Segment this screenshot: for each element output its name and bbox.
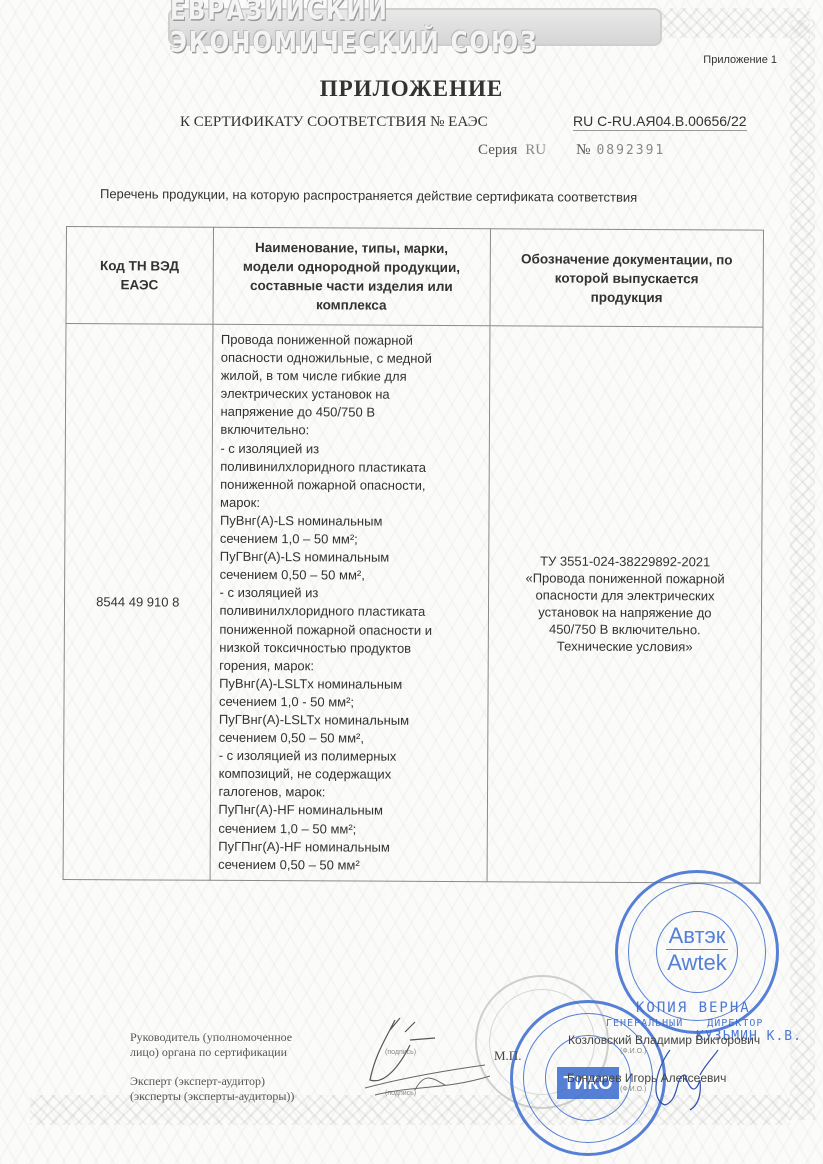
table-row: 8544 49 910 8 Провода пониженной пожарно…	[63, 324, 763, 883]
description-line: ПуГВнг(А)-LS номинальным	[220, 548, 482, 567]
header-line: ЕАЭС	[73, 275, 207, 295]
description-line: опасности одножильные, с медной	[221, 349, 483, 368]
description-line: сечением 0,50 – 50 мм²	[218, 856, 480, 875]
expert-signature-label: Эксперт (эксперт-аудитор)(эксперты (эксп…	[130, 1074, 294, 1104]
series-label: Серия	[478, 142, 517, 158]
head-signature-label: Руководитель (уполномоченноелицо) органа…	[130, 1030, 292, 1060]
description-line: жилой, в том числе гибкие для	[221, 367, 483, 386]
cell-hs-code: 8544 49 910 8	[63, 324, 212, 881]
description-line: электрических установок на	[221, 385, 483, 404]
header-line: комплекса	[219, 295, 484, 315]
expert-signature	[640, 1045, 720, 1115]
description-line: пониженной пожарной опасности,	[220, 476, 482, 495]
series-value: RU	[525, 142, 546, 158]
head-signature	[355, 1010, 495, 1105]
banner-text: ЕВРАЗИЙСКИЙ ЭКОНОМИЧЕСКИЙ СОЮЗ	[170, 0, 660, 60]
description-line: композиций, не содержащих	[219, 765, 481, 784]
description-line: сечением 1,0 - 50 мм²;	[219, 693, 481, 712]
header-product-name: Наименование, типы, марки,модели однород…	[212, 227, 490, 325]
description-line: сечением 1,0 – 50 мм²;	[220, 530, 482, 549]
description-line: ПуВнг(А)-LS номинальным	[220, 512, 482, 531]
seal-label: М.П.	[494, 1048, 521, 1064]
header-line: которой выпускается	[497, 268, 757, 288]
description-line: - с изоляцией из	[220, 439, 482, 458]
header-line: Наименование, типы, марки,	[219, 238, 484, 258]
description-line: ПуГПнг(А)-HF номинальным	[218, 837, 480, 856]
description-line: сечением 0,50 – 50 мм²,	[220, 566, 482, 585]
description-line: низкой токсичностью продуктов	[219, 638, 481, 657]
description-line: сечением 1,0 – 50 мм²;	[218, 819, 480, 838]
header-hs-code: Код ТН ВЭДЕАЭС	[66, 227, 213, 325]
header-line: Обозначение документации, по	[497, 249, 757, 269]
label-line: (эксперты (эксперты-аудиторы))	[130, 1089, 294, 1104]
description-line: галогенов, марок:	[218, 783, 480, 802]
guilloche-border-top	[660, 8, 810, 38]
page-title: ПРИЛОЖЕНИЕ	[0, 76, 823, 102]
awtek-logo: Автэк Awtek	[618, 923, 776, 976]
description-line: ПуПнг(А)-HF номинальным	[218, 801, 480, 820]
description-line: включительно:	[220, 421, 482, 440]
document-line: 450/750 В включительно.	[497, 621, 753, 639]
certificate-label: К СЕРТИФИКАТУ СООТВЕТСТВИЯ № ЕАЭС	[180, 114, 488, 131]
series-line: СерияRU№0892391	[478, 142, 665, 159]
header-line: Код ТН ВЭД	[73, 256, 207, 276]
description-line: - с изоляцией из	[220, 584, 482, 603]
number-label: №	[576, 142, 590, 158]
header-line: продукция	[496, 287, 756, 307]
table-header-row: Код ТН ВЭДЕАЭС Наименование, типы, марки…	[66, 227, 763, 328]
label-line: Руководитель (уполномоченное	[130, 1030, 292, 1045]
document-line: установок на напряжение до	[497, 604, 753, 622]
description-line: ПуГВнг(А)-LSLTx номинальным	[219, 711, 481, 730]
description-line: ПуВнг(А)-LSLTx номинальным	[219, 675, 481, 694]
certificate-number: RU C-RU.АЯ04.В.00656/22	[573, 113, 747, 131]
description-line: Провода пониженной пожарной	[221, 331, 483, 350]
header-documentation: Обозначение документации, покоторой выпу…	[490, 229, 764, 327]
description-line: марок:	[220, 494, 482, 513]
description-line: - с изоляцией из полимерных	[219, 747, 481, 766]
guilloche-border-right	[790, 20, 815, 1120]
cell-documentation: ТУ 3551-024-38229892-2021«Провода пониже…	[487, 326, 763, 883]
description-line: сечением 0,50 – 50 мм²,	[219, 729, 481, 748]
label-line: лицо) органа по сертификации	[130, 1045, 292, 1060]
number-value: 0892391	[596, 143, 665, 158]
header-line: составные части изделия или	[219, 276, 484, 296]
document-line: «Провода пониженной пожарной	[497, 570, 753, 588]
description-line: поливинилхлоридного пластиката	[219, 602, 481, 621]
document-line: Технические условия»	[497, 638, 753, 656]
appendix-number: Приложение 1	[703, 54, 777, 66]
header-line: модели однородной продукции,	[219, 257, 484, 277]
document-line: опасности для электрических	[497, 587, 753, 605]
description-line: пониженной пожарной опасности и	[219, 620, 481, 639]
description-line: поливинилхлоридного пластиката	[220, 457, 482, 476]
products-table: Код ТН ВЭДЕАЭС Наименование, типы, марки…	[63, 226, 764, 883]
eaeu-banner: ЕВРАЗИЙСКИЙ ЭКОНОМИЧЕСКИЙ СОЮЗ	[168, 8, 662, 46]
description-line: горения, марок:	[219, 656, 481, 675]
description-line: напряжение до 450/750 В	[220, 403, 482, 422]
document-line: ТУ 3551-024-38229892-2021	[497, 553, 753, 571]
label-line: Эксперт (эксперт-аудитор)	[130, 1074, 294, 1089]
cell-product-description: Провода пониженной пожарнойопасности одн…	[210, 324, 490, 881]
